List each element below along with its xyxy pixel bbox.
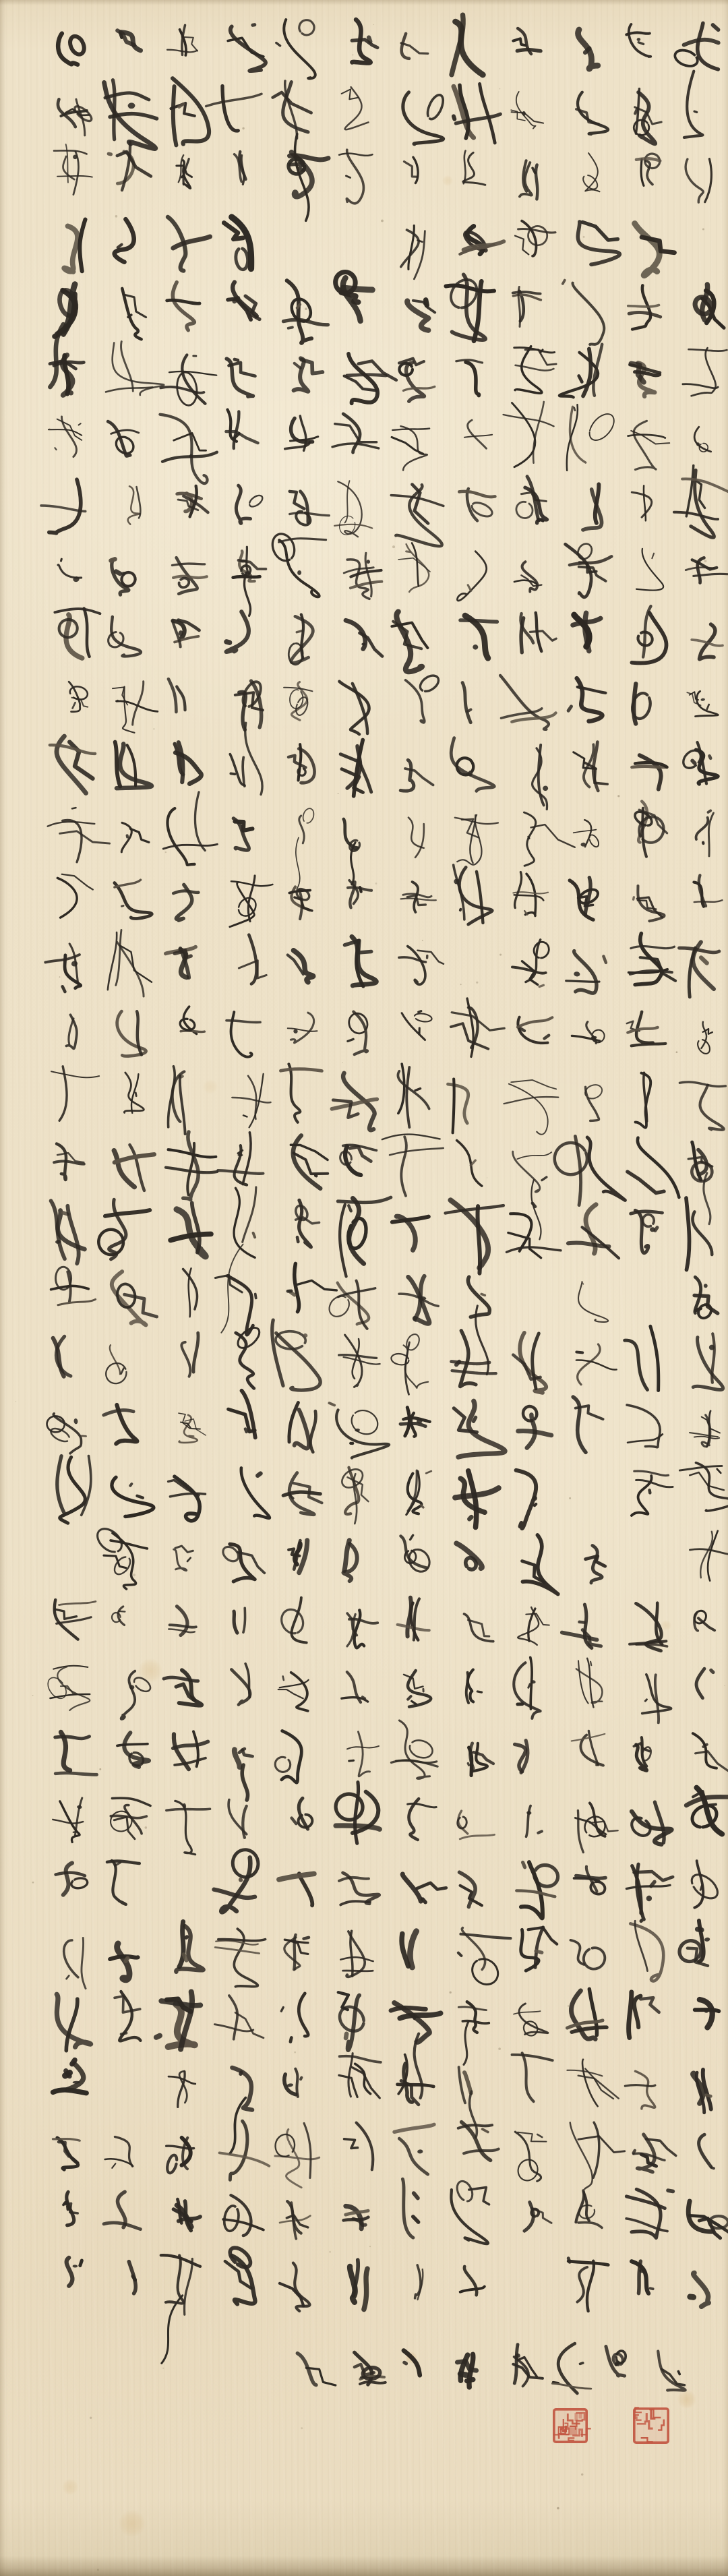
ink-layer	[0, 0, 728, 2576]
calligraphy-scroll	[0, 0, 728, 2576]
main-text	[37, 14, 728, 2367]
seal-left	[553, 2408, 590, 2443]
seal-right	[633, 2407, 669, 2444]
signature	[297, 2341, 685, 2395]
